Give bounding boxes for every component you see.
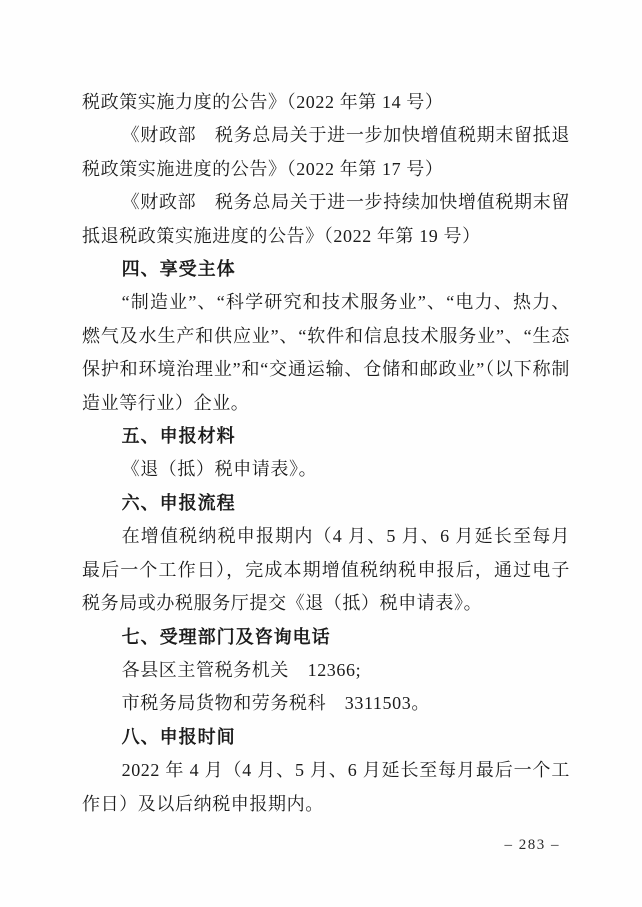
document-page: 税政策实施力度的公告》（2022 年第 14 号） 《财政部 税务总局关于进一步… [0,0,642,907]
paragraph-policy-announcement-no14: 税政策实施力度的公告》（2022 年第 14 号） [82,86,570,119]
line-contact-county-tax-authority: 各县区主管税务机关 12366; [82,654,570,687]
heading-section-8-application-time: 八、申报时间 [82,721,570,754]
paragraph-policy-announcement-no17: 《财政部 税务总局关于进一步加快增值税期末留抵退税政策实施进度的公告》（2022… [82,119,570,186]
paragraph-application-process: 在增值税纳税申报期内（4 月、5 月、6 月延长至每月最后一个工作日），完成本期… [82,520,570,620]
paragraph-policy-announcement-no19: 《财政部 税务总局关于进一步持续加快增值税期末留抵退税政策实施进度的公告》（20… [82,186,570,253]
heading-section-4-beneficiaries: 四、享受主体 [82,253,570,286]
heading-section-7-accepting-department-and-phone: 七、受理部门及咨询电话 [82,621,570,654]
heading-section-6-application-process: 六、申报流程 [82,487,570,520]
line-contact-city-tax-bureau: 市税务局货物和劳务税科 3311503。 [82,687,570,720]
paragraph-eligible-industries: “制造业”、“科学研究和技术服务业”、“电力、热力、燃气及水生产和供应业”、“软… [82,286,570,420]
paragraph-application-form: 《退（抵）税申请表》。 [82,453,570,486]
heading-section-5-application-materials: 五、申报材料 [82,420,570,453]
page-number: – 283 – [505,836,561,854]
paragraph-application-time: 2022 年 4 月（4 月、5 月、6 月延长至每月最后一个工作日）及以后纳税… [82,754,570,821]
